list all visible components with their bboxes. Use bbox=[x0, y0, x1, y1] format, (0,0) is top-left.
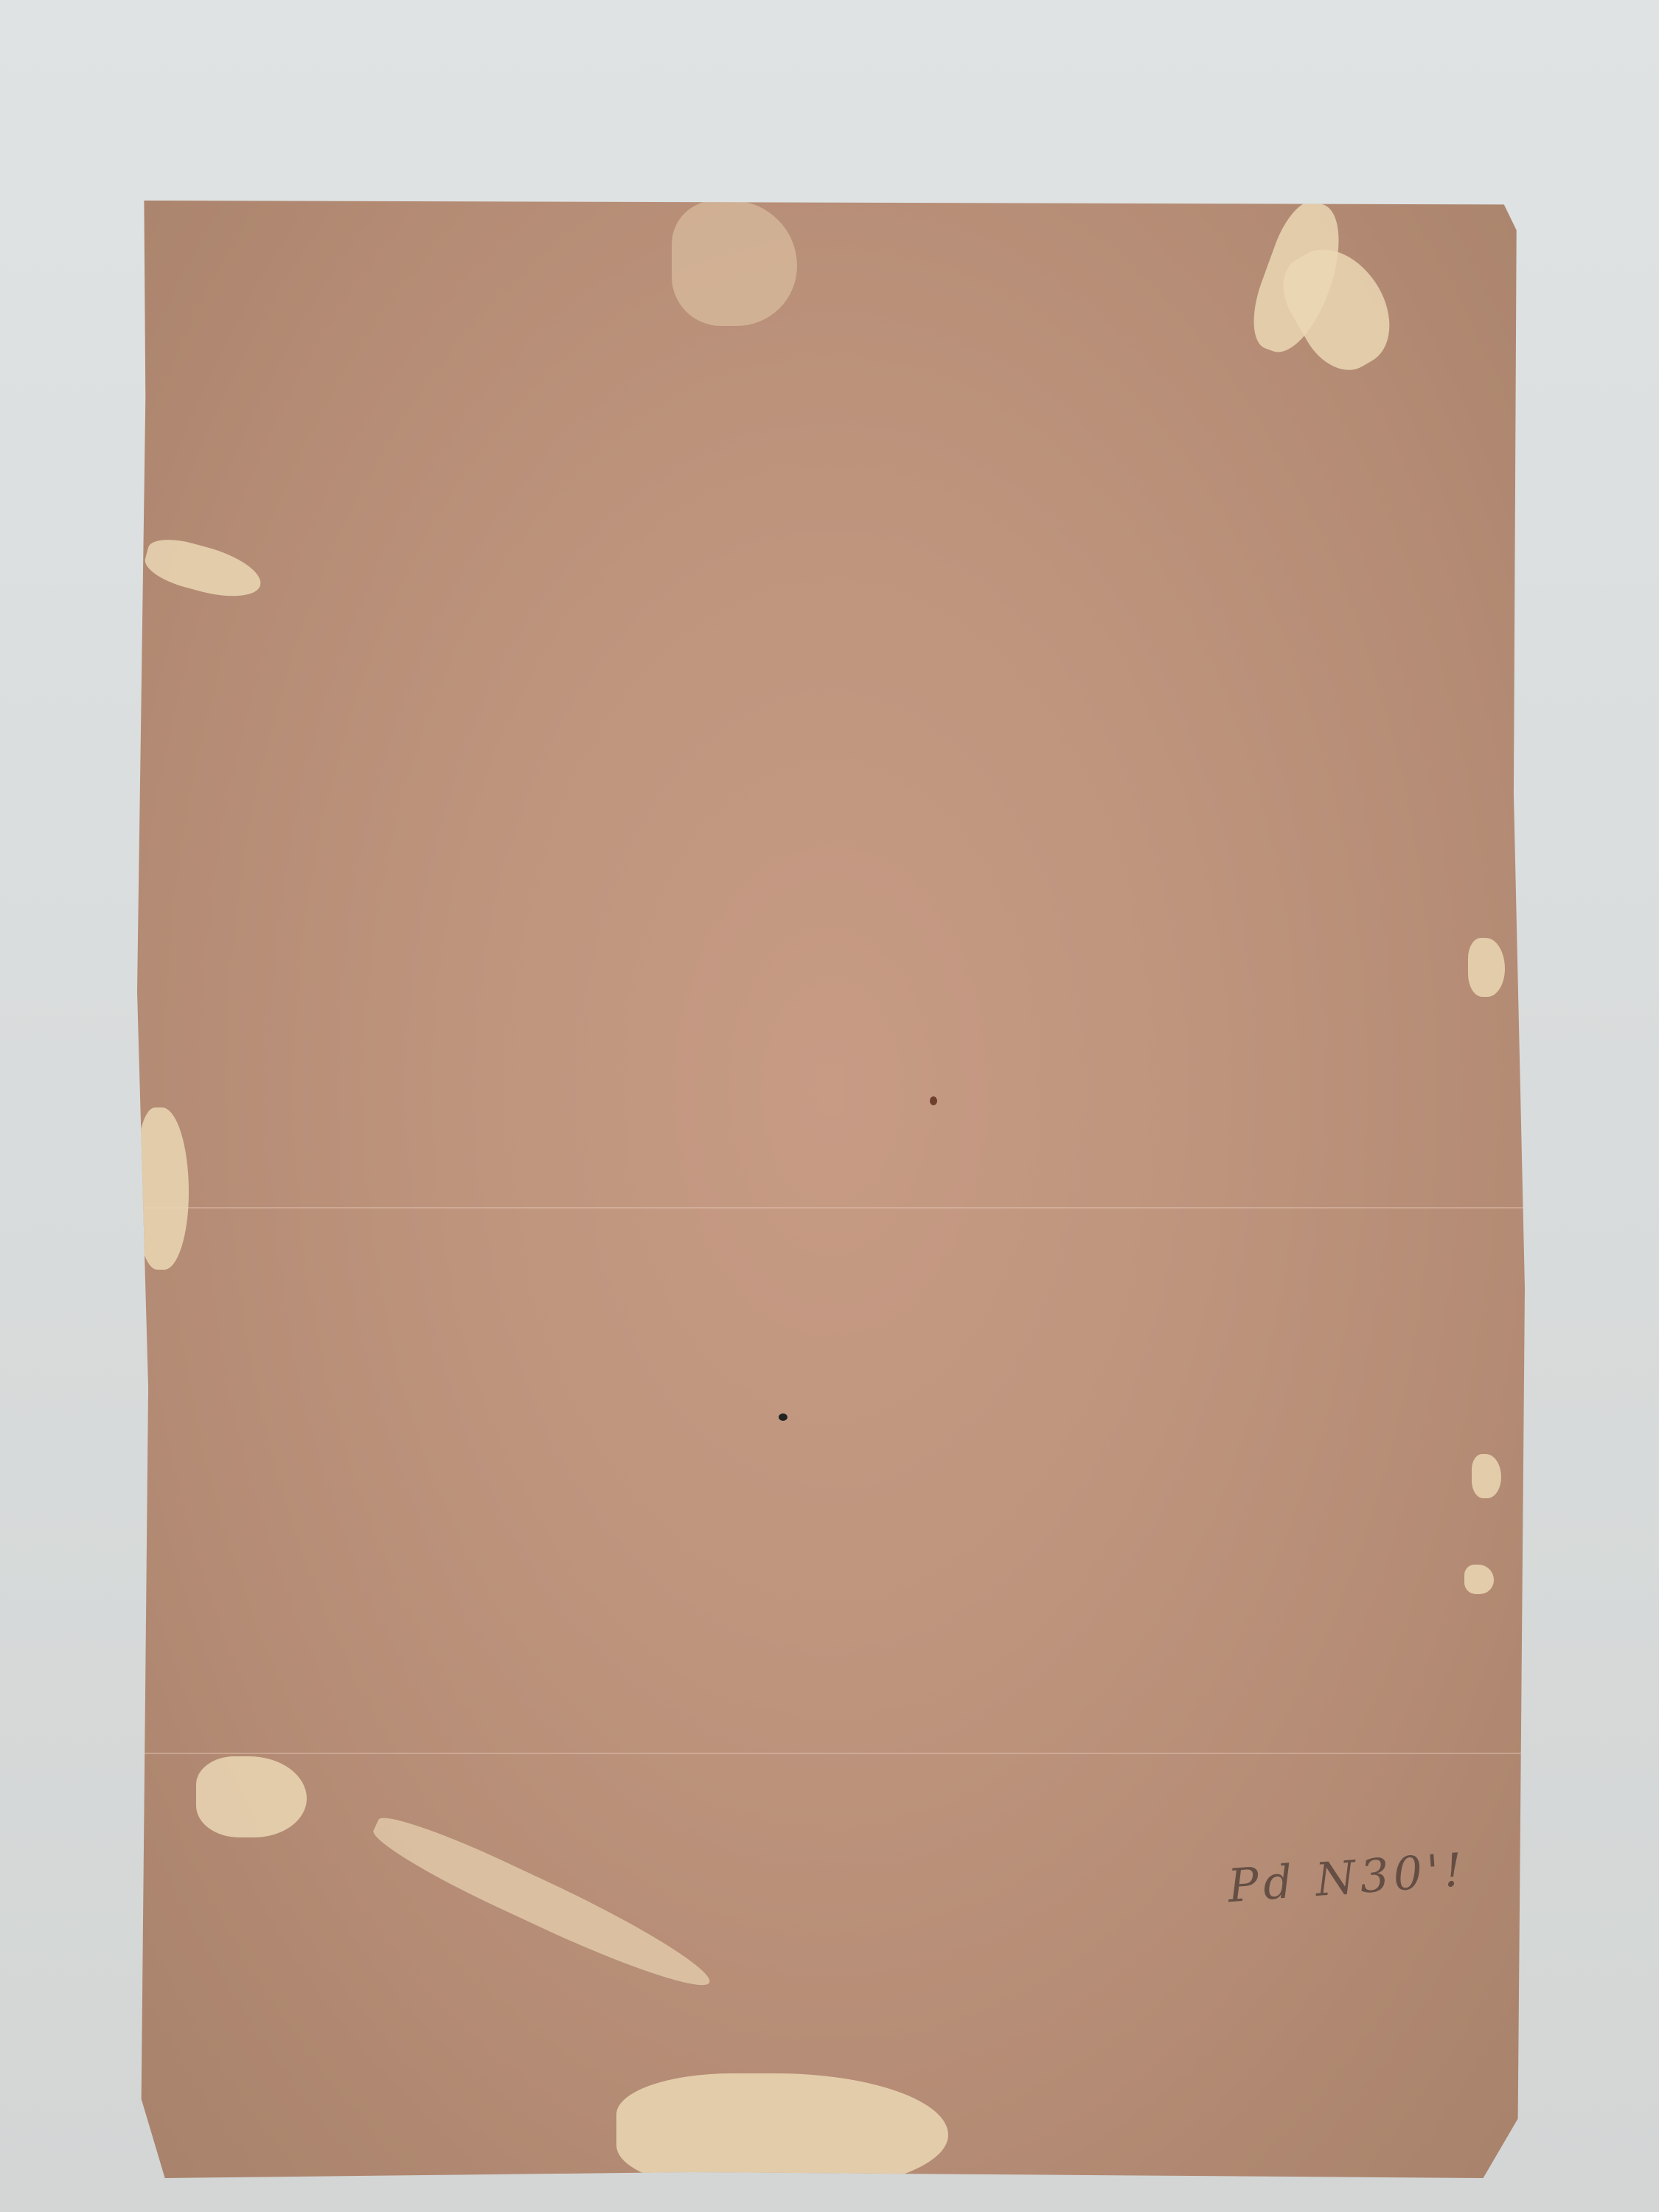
stain bbox=[1472, 1454, 1501, 1498]
fold-line bbox=[137, 1753, 1525, 1754]
ink-spot bbox=[779, 1413, 787, 1421]
stain bbox=[1468, 938, 1505, 997]
fold-line bbox=[137, 1207, 1525, 1208]
stain bbox=[366, 1806, 720, 2002]
stain bbox=[1464, 1565, 1494, 1594]
ink-spot bbox=[930, 1096, 937, 1105]
stain bbox=[196, 1756, 307, 1837]
stain bbox=[616, 2073, 948, 2191]
stain bbox=[137, 1107, 189, 1270]
stain bbox=[141, 532, 266, 605]
stain bbox=[672, 201, 797, 326]
